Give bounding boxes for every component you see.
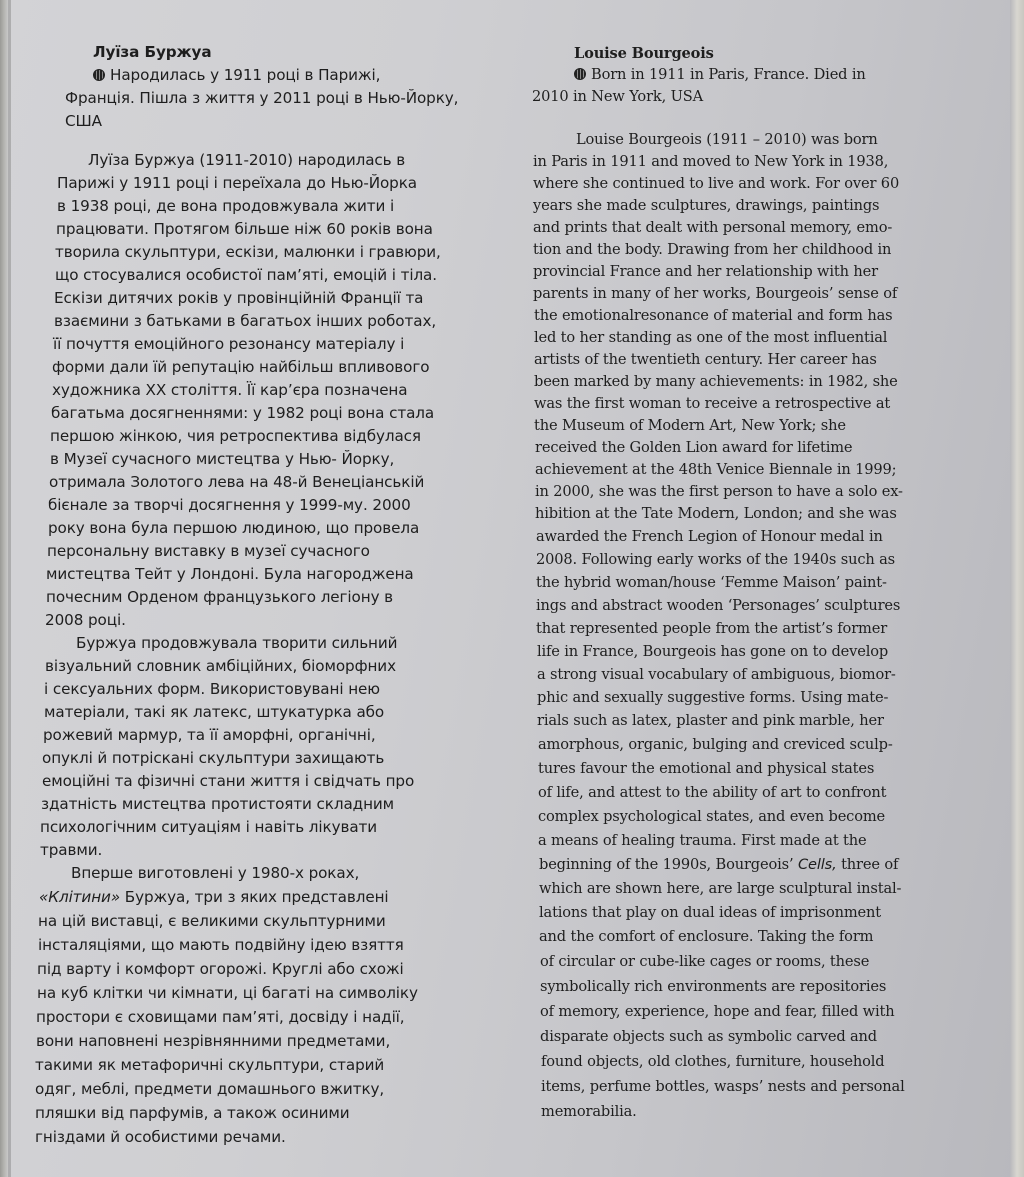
body-line-en: which are shown here, are large sculptur… bbox=[539, 878, 901, 900]
body-line-en: complex psychological states, and even b… bbox=[538, 806, 885, 828]
body-line-en: lations that play on dual ideas of impri… bbox=[539, 902, 881, 924]
body-line-uk: творила скульптури, ескізи, малюнки і гр… bbox=[55, 241, 441, 264]
body-line-en: Louise Bourgeois (1911 – 2010) was born bbox=[576, 129, 878, 151]
body-line-en: ings and abstract wooden ‘Personages’ sc… bbox=[536, 595, 900, 617]
body-line-en: of life, and attest to the ability of ar… bbox=[538, 782, 886, 804]
body-line-en: a means of healing trauma. First made at… bbox=[538, 830, 867, 852]
body-line-en: of memory, experience, hope and fear, fi… bbox=[540, 1001, 894, 1023]
board-left-edge bbox=[0, 0, 8, 1177]
body-line-en: achievement at the 48th Venice Biennale … bbox=[535, 459, 896, 481]
body-line-uk: рожевий мармур, та її аморфні, органічні… bbox=[43, 724, 376, 747]
body-line-uk: взаємини з батьками в багатьох інших роб… bbox=[54, 310, 436, 333]
body-line-en: received the Golden Lion award for lifet… bbox=[535, 437, 852, 459]
body-line-uk: інсталяціями, що мають подвійну ідею взя… bbox=[38, 934, 404, 957]
body-line-en: life in France, Bourgeois has gone on to… bbox=[537, 641, 888, 663]
body-line-en: awarded the French Legion of Honour meda… bbox=[536, 526, 883, 548]
globe-icon bbox=[93, 69, 105, 81]
body-line-uk: працювати. Протягом більше ніж 60 років … bbox=[56, 218, 433, 241]
body-line-en: been marked by many achievements: in 198… bbox=[534, 371, 898, 393]
body-line-uk: першою жінкою, чия ретроспектива відбула… bbox=[50, 425, 421, 448]
body-line-en: disparate objects such as symbolic carve… bbox=[540, 1026, 877, 1048]
body-line-uk: в Музеї сучасного мистецтва у Нью- Йорку… bbox=[50, 448, 394, 471]
body-line-uk: під варту і комфорт огорожі. Круглі або … bbox=[37, 958, 404, 981]
body-line-uk: матеріали, такі як латекс, штукатурка аб… bbox=[44, 701, 384, 724]
artist-name-en: Louise Bourgeois bbox=[574, 43, 714, 65]
body-line-uk: мистецтва Тейт у Лондоні. Була нагородже… bbox=[46, 563, 414, 586]
text-panel: Луїза Буржуа Народилась у 1911 році в Па… bbox=[11, 0, 1010, 1177]
body-line-uk: емоційні та фізичні стани життя і свідча… bbox=[42, 770, 414, 793]
body-line-uk: її почуття емоційного резонансу матеріал… bbox=[53, 333, 404, 356]
bio-line-uk-2: Франція. Пішла з життя у 2011 році в Нью… bbox=[65, 87, 458, 110]
bio-line-uk-1: Народилась у 1911 році в Парижі, bbox=[93, 64, 380, 87]
body-line-uk: Луїза Буржуа (1911-2010) народилась в bbox=[88, 149, 405, 172]
body-line-en: tion and the body. Drawing from her chil… bbox=[533, 239, 891, 261]
body-line-uk: на цій виставці, є великими скульптурним… bbox=[38, 910, 386, 933]
body-line-en: the emotionalresonance of material and f… bbox=[534, 305, 893, 327]
bio-line-en-1: Born in 1911 in Paris, France. Died in bbox=[574, 64, 866, 86]
body-line-en: found objects, old clothes, furniture, h… bbox=[541, 1051, 885, 1073]
cells-title-uk: «Клітини» bbox=[39, 888, 120, 906]
body-line-uk: багатьма досягненнями: у 1982 році вона … bbox=[51, 402, 434, 425]
body-line-en: the Museum of Modern Art, New York; she bbox=[534, 415, 846, 437]
bio-line-uk-3: США bbox=[65, 110, 102, 133]
body-line-uk: на куб клітки чи кімнати, ці багаті на с… bbox=[37, 982, 418, 1005]
body-line-en: symbolically rich environments are repos… bbox=[540, 976, 886, 998]
bio-line-en-2: 2010 in New York, USA bbox=[532, 86, 703, 108]
body-line-en: in 2000, she was the first person to hav… bbox=[535, 481, 903, 503]
body-line-uk: візуальний словник амбіційних, біоморфни… bbox=[45, 655, 396, 678]
body-line-uk: Ескізи дитячих років у провінційній Фран… bbox=[54, 287, 423, 310]
body-line-en: rials such as latex, plaster and pink ma… bbox=[537, 710, 884, 732]
body-line-en: phic and sexually suggestive forms. Usin… bbox=[537, 687, 888, 709]
body-line-en: hibition at the Tate Modern, London; and… bbox=[535, 503, 897, 525]
body-line-uk: травми. bbox=[40, 839, 102, 862]
body-line-en: led to her standing as one of the most i… bbox=[534, 327, 887, 349]
body-line-uk: одяг, меблі, предмети домашнього вжитку, bbox=[35, 1078, 384, 1101]
body-line-en: and prints that dealt with personal memo… bbox=[533, 217, 892, 239]
body-line-en: and the comfort of enclosure. Taking the… bbox=[539, 926, 873, 948]
body-line-en: was the first woman to receive a retrosp… bbox=[534, 393, 890, 415]
body-line-uk: року вона була першою людиною, що провел… bbox=[48, 517, 419, 540]
body-line-en: 2008. Following early works of the 1940s… bbox=[536, 549, 895, 571]
body-line-en: that represented people from the artist’… bbox=[536, 618, 887, 640]
body-line-uk: «Клітини» Буржуа, три з яких представлен… bbox=[39, 886, 389, 909]
cells-title-en: Cells, bbox=[798, 856, 837, 873]
body-line-en: tures favour the emotional and physical … bbox=[538, 758, 874, 780]
body-line-en: items, perfume bottles, wasps’ nests and… bbox=[541, 1076, 905, 1098]
body-line-en: parents in many of her works, Bourgeois’… bbox=[533, 283, 897, 305]
body-line-en: beginning of the 1990s, Bourgeois’ Cells… bbox=[539, 854, 898, 876]
body-line-en: amorphous, organic, bulging and creviced… bbox=[538, 734, 893, 756]
body-line-uk: форми дали їй репутацію найбільш впливов… bbox=[52, 356, 429, 379]
artist-name-uk: Луїза Буржуа bbox=[93, 41, 212, 64]
body-line-uk: такими як метафоричні скульптури, старий bbox=[35, 1054, 384, 1077]
body-line-en: where she continued to live and work. Fo… bbox=[533, 173, 899, 195]
globe-icon bbox=[574, 68, 586, 80]
body-line-en: memorabilia. bbox=[541, 1101, 637, 1123]
body-line-uk: почесним Орденом французького легіону в bbox=[46, 586, 393, 609]
body-line-uk: бієнале за творчі досягнення у 1999-му. … bbox=[48, 494, 411, 517]
body-line-uk: персональну виставку в музеї сучасного bbox=[47, 540, 370, 563]
body-line-uk: вони наповнені незрівнянними предметами, bbox=[36, 1030, 390, 1053]
body-line-en: years she made sculptures, drawings, pai… bbox=[533, 195, 879, 217]
body-line-uk: художника XX століття. Її кар’єра познач… bbox=[52, 379, 407, 402]
body-line-uk: простори є сховищами пам’яті, досвіду і … bbox=[36, 1006, 405, 1029]
body-line-en: the hybrid woman/house ‘Femme Maison’ pa… bbox=[536, 572, 887, 594]
body-line-uk: отримала Золотого лева на 48-й Венеціанс… bbox=[49, 471, 424, 494]
body-line-uk: опуклі й потріскані скульптури захищають bbox=[42, 747, 384, 770]
photographed-wall-text: Луїза Буржуа Народилась у 1911 році в Па… bbox=[0, 0, 1024, 1177]
body-line-uk: і сексуальних форм. Використовувані нею bbox=[44, 678, 380, 701]
wall-right-edge bbox=[1010, 0, 1024, 1177]
body-line-uk: в 1938 році, де вона продовжувала жити і bbox=[57, 195, 394, 218]
body-line-uk: Парижі у 1911 році і переїхала до Нью-Йо… bbox=[57, 172, 417, 195]
body-line-uk: пляшки від парфумів, а також осиними bbox=[35, 1102, 349, 1125]
body-line-uk: гніздами й особистими речами. bbox=[35, 1126, 286, 1149]
body-line-uk: Буржуа продовжувала творити сильний bbox=[76, 632, 397, 655]
body-line-en: in Paris in 1911 and moved to New York i… bbox=[533, 151, 888, 173]
body-line-uk: що стосувалися особистої пам’яті, емоцій… bbox=[55, 264, 437, 287]
body-line-en: artists of the twentieth century. Her ca… bbox=[534, 349, 877, 371]
body-line-uk: психологічним ситуаціям і навіть лікуват… bbox=[40, 816, 377, 839]
body-line-uk: Вперше виготовлені у 1980-х роках, bbox=[71, 862, 359, 885]
body-line-en: a strong visual vocabulary of ambiguous,… bbox=[537, 664, 896, 686]
body-line-uk: здатність мистецтва протистояти складним bbox=[41, 793, 394, 816]
body-line-en: provincial France and her relationship w… bbox=[533, 261, 878, 283]
body-line-en: of circular or cube-like cages or rooms,… bbox=[540, 951, 869, 973]
body-line-uk: 2008 році. bbox=[45, 609, 126, 632]
